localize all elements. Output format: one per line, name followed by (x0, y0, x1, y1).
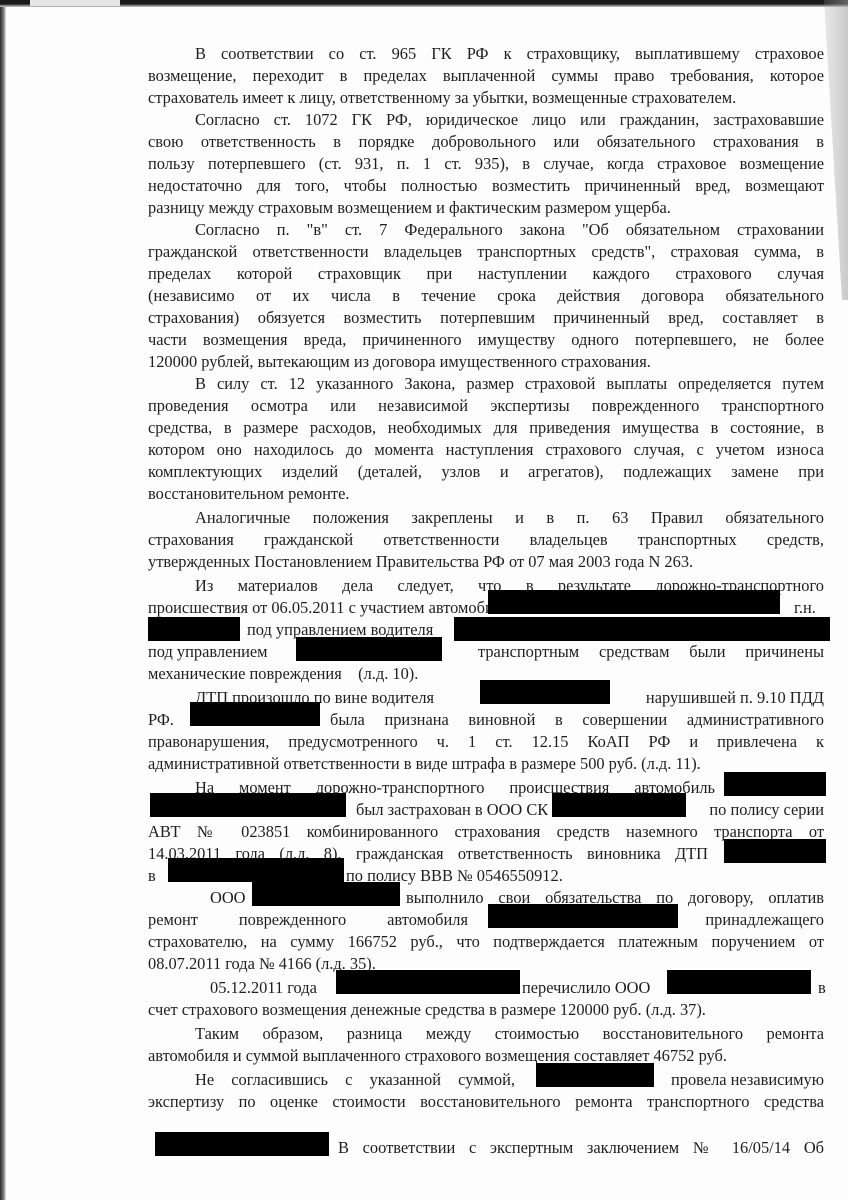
text-line: В силу ст. 12 указанного Закона, размер … (195, 374, 824, 394)
redaction-box (724, 839, 826, 863)
text-line: части возмещения вреда, причиненного иму… (148, 330, 824, 350)
redaction-box (190, 702, 320, 726)
redaction-box (168, 858, 344, 882)
text-line: ремонт поврежденного автомобиля (148, 910, 468, 930)
text-line: по полису серии (692, 800, 824, 820)
text-line: свою ответственность в порядке доброволь… (148, 132, 824, 152)
redaction-box (480, 680, 610, 704)
text-line: ООО (210, 888, 246, 908)
redaction-box (150, 793, 346, 817)
text-line: нарушившей п. 9.10 ПДД (626, 688, 824, 708)
text-line: экспертизу по оценке стоимости восстанов… (148, 1092, 824, 1112)
text-line: восстановительном ремонте. (148, 484, 824, 504)
text-line: счет страхового возмещения денежные сред… (148, 1000, 824, 1020)
text-line: в (148, 866, 156, 886)
text-line: Согласно п. "в" ст. 7 Федерального закон… (195, 220, 824, 240)
text-line: Аналогичные положения закреплены и в п. … (195, 508, 824, 528)
redaction-box (536, 1063, 654, 1087)
text-line: 120000 рублей, вытекающим из договора им… (148, 352, 824, 372)
text-line: АВТ № 023851 комбинированного страховани… (148, 822, 824, 842)
text-line: в (818, 978, 826, 998)
text-line: г.н. (794, 598, 816, 618)
text-line: страхователь имеет к лицу, ответственном… (148, 88, 824, 108)
text-line: перечислило ООО (522, 978, 650, 998)
text-line: автомобиля и суммой выплаченного страхов… (148, 1046, 824, 1066)
text-line: утвержденных Постановлением Правительств… (148, 552, 824, 572)
text-line: котором оно находилось до момента наступ… (148, 440, 824, 460)
redaction-box (667, 970, 811, 994)
text-line: разницу между страховым возмещением и фа… (148, 198, 824, 218)
text-line: правонарушения, предусмотренного ч. 1 ст… (148, 732, 824, 752)
text-line: недостаточно для того, чтобы полностью в… (148, 176, 824, 196)
redaction-box (252, 882, 400, 906)
text-line: административной ответственности в виде … (148, 754, 824, 774)
redaction-box (552, 793, 686, 817)
redaction-box (155, 1132, 329, 1156)
text-line: средства, в размере расходов, необходимы… (148, 418, 824, 438)
text-line: под управлением (148, 642, 268, 662)
text-line: страхования) обязуется возместить потерп… (148, 308, 824, 328)
redaction-box (488, 590, 780, 614)
text-line: пользу потерпевшего (ст. 931, п. 1 ст. 9… (148, 154, 824, 174)
redaction-box (454, 617, 830, 641)
text-line: возмещение, переходит в пределах выплаче… (148, 66, 824, 86)
text-line: транспортным средствам были причинены (478, 642, 824, 662)
redaction-box (336, 970, 520, 994)
text-line: 05.12.2011 года (210, 978, 317, 998)
text-line: В соответствии со ст. 965 ГК РФ к страхо… (195, 44, 824, 64)
text-line: Согласно ст. 1072 ГК РФ, юридическое лиц… (195, 110, 824, 130)
text-line: страхователю, на сумму 166752 руб., что … (148, 932, 824, 952)
text-line: В соответствии с экспертным заключением … (338, 1138, 824, 1158)
redaction-box (488, 904, 678, 928)
text-line: Таким образом, разница между стоимостью … (195, 1024, 824, 1044)
text-line: был застрахован в ООО СК « (356, 800, 561, 820)
text-line: РФ. (148, 710, 174, 730)
redaction-box (724, 772, 826, 796)
text-line: проведения осмотра или независимой экспе… (148, 396, 824, 416)
text-line: происшествия от 06.05.2011 с участием ав… (148, 598, 518, 618)
redaction-box (148, 617, 240, 641)
text-line: страхования гражданской ответственности … (148, 530, 824, 550)
text-line: (независимо от их числа в течение срока … (148, 286, 824, 306)
text-line: была признана виновной в совершении адми… (330, 710, 824, 730)
redaction-box (296, 637, 442, 661)
document-page: В соответствии со ст. 965 ГК РФ к страхо… (0, 0, 848, 1200)
text-line: пределах которой страховщик при наступле… (148, 264, 824, 284)
text-line: принадлежащего (680, 910, 824, 930)
text-line: гражданской ответственности владельцев т… (148, 242, 824, 262)
text-line: Не согласившись с указанной суммой, (195, 1070, 515, 1090)
text-line: комплектующих изделий (деталей, узлов и … (148, 462, 824, 482)
text-line: провела независимую (658, 1070, 824, 1090)
